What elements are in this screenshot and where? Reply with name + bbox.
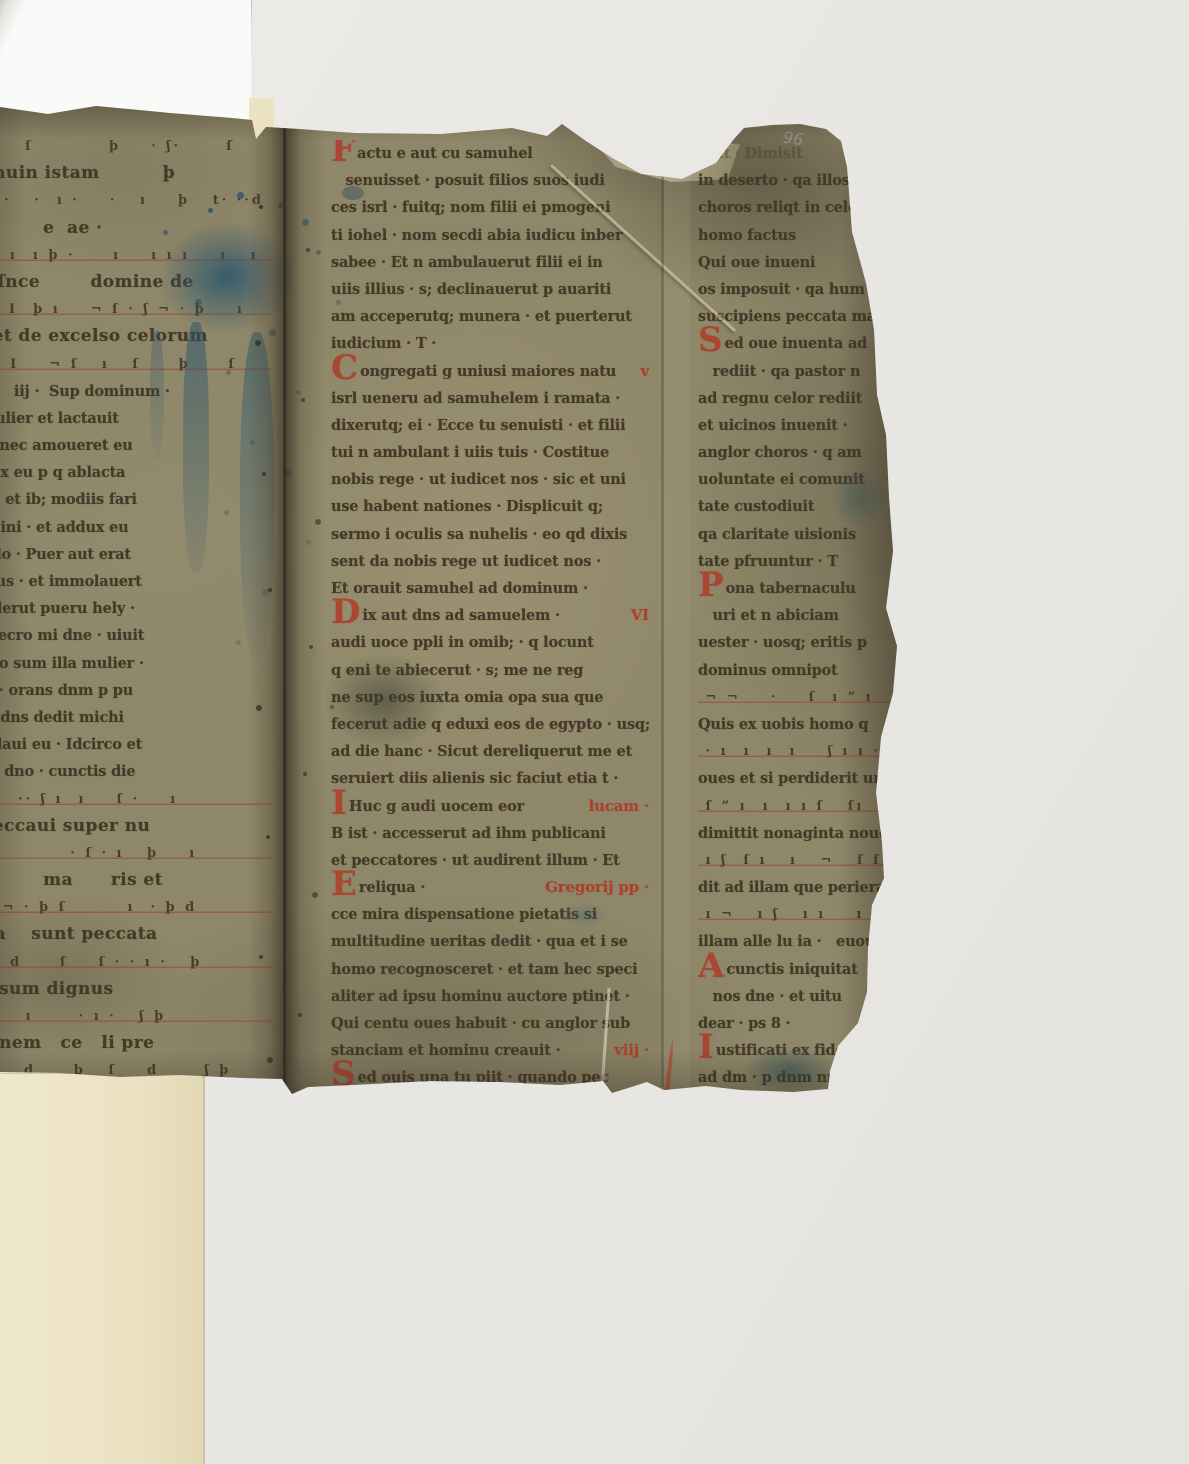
- line-text: Peccaui super nu: [0, 816, 150, 836]
- line-text: ongregati g uniusi maiores natu: [360, 363, 616, 380]
- manuscript-text-line: tulaui eu · Idcirco et: [0, 731, 272, 758]
- line-text: ib; et ib; modiis fari: [0, 491, 137, 508]
- line-text: ed ouis una tu piit · quando pec: [358, 1069, 609, 1086]
- manuscript-text-line: dux eu p q ablacta: [0, 459, 272, 486]
- line-text: multitudine ueritas dedit · qua et i se: [331, 933, 628, 950]
- line-text: dux eu p q ablacta: [0, 464, 125, 481]
- line-text: uester · uosq; eritis p: [698, 634, 867, 651]
- line-text: oues et si perdiderit unam: [698, 770, 908, 787]
- manuscript-text-line: ulus · et immolauert: [0, 568, 272, 595]
- line-text: ¬ I þ ı ¬ ſ · ʃ ¬ · þ ı: [0, 302, 245, 317]
- manuscript-text-line: viij ·stanciam et hominu creauit ·: [331, 1037, 667, 1064]
- manuscript-text-line: Quis ex uobis homo q: [698, 711, 910, 738]
- line-text: dinem ce li pre: [0, 1033, 154, 1053]
- red-rubric-text: VI: [631, 602, 649, 629]
- line-text: ad regnu celor rediit: [698, 390, 862, 407]
- line-text: ic · orans dnm p pu: [0, 682, 133, 699]
- manuscript-text-line: am acceperutq; munera · et puerterut: [331, 303, 667, 330]
- neume-notation-row: I · · ı · · ı þ t· ··d: [0, 187, 272, 214]
- line-text: homo factus: [698, 227, 796, 244]
- line-text: eſnce domine de: [0, 272, 194, 292]
- line-text: · I ¬ ſ ı ſ þ ſ: [0, 357, 237, 372]
- line-text: ti iohel · nom secdi abia iudicu inber: [331, 227, 622, 244]
- neume-notation-row: ı ·· ʃ ı ı ſ · ı: [0, 786, 272, 813]
- red-initial-letter: E: [331, 867, 356, 894]
- line-text: ſ ” ı ı ı ı ſ ſı: [698, 799, 864, 814]
- line-text: seruiert diis alienis sic faciut etia t …: [331, 770, 618, 787]
- red-initial-letter: S: [331, 1057, 355, 1084]
- manuscript-text-line: ti iohel · nom secdi abia iudicu inber: [331, 222, 667, 249]
- manuscript-text-line: anglor choros · q am: [698, 439, 910, 466]
- line-text: e ae ·: [0, 218, 102, 238]
- line-text: psecro mi dne · uiuit: [0, 627, 144, 644]
- red-initial-letter: I: [331, 786, 346, 813]
- manuscript-text-line: vCongregati g uniusi maiores natu: [331, 358, 667, 385]
- neume-notation-row: ʃ ı ı þ · ı ı ı ı ı ı: [0, 242, 272, 269]
- manuscript-text-line: sylo · Puer aut erat: [0, 541, 272, 568]
- manuscript-text-line: ta sunt peccata: [0, 921, 272, 948]
- manuscript-text-line: fecerut adie q eduxi eos de egypto · usq…: [331, 711, 667, 738]
- manuscript-text-line: dixerutq; ei · Ecce tu senuisti · et fil…: [331, 412, 667, 439]
- line-text: B ist · accesserut ad ihm publicani: [331, 825, 606, 842]
- line-text: use habent nationes · Displicuit q;: [331, 498, 603, 515]
- red-initial-letter: S: [698, 323, 722, 350]
- manuscript-text-line: Acunctis iniquitat: [698, 956, 910, 983]
- under-leaf-highlight: [664, 132, 690, 1087]
- manuscript-text-line: Iustificati ex fide pac: [698, 1037, 910, 1064]
- line-text: Et orauit samuhel ad dominum ·: [331, 580, 588, 597]
- manuscript-text-line: audi uoce ppli in omib; · q locunt: [331, 629, 667, 656]
- manuscript-text-line: tulerut pueru hely ·: [0, 595, 272, 622]
- line-text: cunctis iniquitat: [726, 961, 857, 978]
- line-text: aliter ad ipsu hominu auctore ptinet ·: [331, 988, 630, 1005]
- line-text: uri et n abiciam: [698, 607, 839, 624]
- manuscript-text-line: ne sup eos iuxta omia opa sua que: [331, 684, 667, 711]
- manuscript-text-line: homo factus: [698, 222, 910, 249]
- line-text: ces isrl · fuitq; nom filii ei pmogeni: [331, 199, 610, 216]
- manuscript-text-line: ic · orans dnm p pu: [0, 677, 272, 704]
- red-initial-letter: D: [331, 595, 359, 622]
- line-text: senuisset · posuit filios suos iudi: [331, 172, 605, 189]
- manuscript-text-line: donec amoueret eu: [0, 432, 272, 459]
- red-initial-letter: F: [331, 140, 354, 160]
- red-rubric-text: lucam ·: [589, 793, 649, 820]
- red-rubric-text: viij ·: [614, 1037, 649, 1064]
- neume-notation-row: ı ʃ ſ ı ı ¬ ſ ſ: [698, 847, 910, 874]
- line-text: sermo i oculis sa nuhelis · eo qd dixis: [331, 526, 627, 543]
- line-text: eu dno · cunctis die: [0, 763, 135, 780]
- manuscript-text-line: et peccatores · ut audirent illum · Et: [331, 847, 667, 874]
- manuscript-text-line: use habent nationes · Displicuit q;: [331, 493, 667, 520]
- line-text: · ¬ · þ ſ ı · þ d: [0, 900, 197, 915]
- line-text: stanciam et hominu creauit ·: [331, 1042, 560, 1059]
- line-text: homo recognosceret · et tam hec speci: [331, 961, 637, 978]
- manuscript-text-line: eu dno · cunctis die: [0, 758, 272, 785]
- line-text: anglor choros · q am: [698, 444, 862, 461]
- line-text: ta sunt peccata: [0, 924, 157, 944]
- manuscript-text-line: homo recognosceret · et tam hec speci: [331, 956, 667, 983]
- line-text: i uini · et addux eu: [0, 519, 128, 536]
- line-text: ad die hanc · Sicut dereliquerut me et: [331, 743, 632, 760]
- line-text: cce mira dispensatione pietatis si: [331, 906, 597, 923]
- manuscript-text-line: uoluntate ei comunit: [698, 466, 910, 493]
- manuscript-text-line: ces isrl · fuitq; nom filii ei pmogeni: [331, 194, 667, 221]
- manuscript-text-line: et de excelso celorum: [0, 323, 272, 350]
- manuscript-text-line: q eni te abiecerut · s; me ne reg: [331, 657, 667, 684]
- line-text: · ı ı ı ı ʃ ı ı · ı ſ: [698, 744, 910, 759]
- line-text: Huc g audi uocem eor: [349, 798, 524, 815]
- line-text: ustificati ex fide pac: [716, 1042, 877, 1059]
- manuscript-text-line: Qui oue inueni: [698, 249, 910, 276]
- line-text: I · · ı · · ı þ t· ··d: [0, 193, 264, 208]
- line-text: reliqua ·: [359, 879, 425, 896]
- manuscript-text-line: ad regnu celor rediit: [698, 385, 910, 412]
- manuscript-text-line: uester · uosq; eritis p: [698, 629, 910, 656]
- manuscript-text-line: dimittit nonaginta nouem: [698, 820, 910, 847]
- line-text: Qui centu oues habuit · cu anglor sub: [331, 1015, 630, 1032]
- line-text: am acceperutq; munera · et puerterut: [331, 308, 632, 325]
- manuscript-text-line: lucam ·IHuc g audi uocem eor: [331, 793, 667, 820]
- right-text-column: quit · Dimisitin deserto · qa illos sumc…: [698, 140, 910, 1105]
- line-text: tui n ambulant i uiis tuis · Costitue: [331, 444, 609, 461]
- manuscript-photo-canvas: { "folio": { "number": "96" }, "colors":…: [0, 0, 1189, 1464]
- manuscript-text-line: ma ris et: [0, 867, 272, 894]
- manuscript-text-line: ad dm · p dnm nrm: [698, 1064, 910, 1091]
- backing-white-sheet: [0, 0, 252, 120]
- manuscript-text-line: uiis illius · s; declinauerut p auariti: [331, 276, 667, 303]
- manuscript-text-line: choros reliqt in celo: [698, 194, 910, 221]
- manuscript-text-line: Gregorij pp ·Ereliqua ·: [331, 874, 667, 901]
- line-text: quit · Dimisit: [698, 145, 803, 162]
- manuscript-text-line: multitudine ueritas dedit · qua et i se: [331, 928, 667, 955]
- line-text: ego sum illa mulier ·: [0, 655, 144, 672]
- line-text: dit ad illam que perierat: [698, 879, 892, 896]
- manuscript-text-line: rediit · qa pastor n: [698, 358, 910, 385]
- manuscript-text-line: in deserto · qa illos sum: [698, 167, 910, 194]
- line-text: ix aut dns ad samuelem ·: [362, 607, 559, 624]
- line-text: ne sup eos iuxta omia opa sua que: [331, 689, 603, 706]
- line-text: sent da nobis rege ut iudicet nos ·: [331, 553, 601, 570]
- manuscript-text-line: psecro mi dne · uiuit: [0, 622, 272, 649]
- manuscript-text-line: oues et si perdiderit unam: [698, 765, 910, 792]
- cream-backing-sheet: [0, 1073, 205, 1464]
- line-text: sabee · Et n ambulauerut filii ei in: [331, 254, 603, 271]
- center-fold-crease: [283, 110, 286, 1095]
- manuscript-text-line: tate custodiuit: [698, 493, 910, 520]
- manuscript-text-line: n sum dignus: [0, 976, 272, 1003]
- line-text: audi uoce ppli in omib; · q locunt: [331, 634, 594, 651]
- red-rubric-text: v: [640, 358, 649, 385]
- manuscript-text-line: illam alle lu ia · euouae: [698, 928, 910, 955]
- folio-number-pencil: 96: [782, 128, 805, 150]
- manuscript-text-line: ib; et ib; modiis fari: [0, 486, 272, 513]
- neume-notation-row: · ¬ · þ ſ ı · þ d: [0, 894, 272, 921]
- line-text: et uicinos inuenit ·: [698, 417, 847, 434]
- line-text: uoluntate ei comunit: [698, 471, 865, 488]
- line-text: tulerut pueru hely ·: [0, 600, 135, 617]
- neume-notation-row: ¬ ¬ · ſ ı ” ı ¬: [698, 684, 910, 711]
- line-text: rediit · qa pastor n: [698, 363, 860, 380]
- line-text: ı ı · ı · ʃ þ: [0, 1009, 166, 1024]
- line-text: Quis ex uobis homo q: [698, 716, 868, 733]
- manuscript-text-line: Sed ouis una tu piit · quando pec: [331, 1064, 667, 1091]
- manuscript-text-line: i uini · et addux eu: [0, 514, 272, 541]
- line-text: uiis illius · s; declinauerut p auariti: [331, 281, 611, 298]
- manuscript-text-line: inuin istam þ: [0, 160, 272, 187]
- main-text-column: IIIIFactu e aut cu samuhel senuisset · p…: [331, 140, 667, 1100]
- neume-notation-row: ſ ” ı ı ı ı ſ ſı: [698, 793, 910, 820]
- manuscript-text-line: suscipiens peccata ma: [698, 303, 910, 330]
- manuscript-text-line: VIDix aut dns ad samuelem ·: [331, 602, 667, 629]
- red-initial-letter: I: [698, 1030, 713, 1057]
- manuscript-text-line: dominus omnipot: [698, 657, 910, 684]
- line-text: suscipiens peccata ma: [698, 308, 876, 325]
- manuscript-text-line: mulier et lactauit: [0, 405, 272, 432]
- line-text: et peccatores · ut audirent illum · Et: [331, 852, 620, 869]
- manuscript-text-line: sabee · Et n ambulauerut filii ei in: [331, 249, 667, 276]
- line-text: tulaui eu · Idcirco et: [0, 736, 142, 753]
- line-text: · · ſ · ı þ ı: [0, 846, 197, 861]
- manuscript-text-line: uri et n abiciam: [698, 602, 910, 629]
- line-text: sylo · Puer aut erat: [0, 546, 131, 563]
- manuscript-text-line: senuisset · posuit filios suos iudi: [331, 167, 667, 194]
- manuscript-text-line: iudicium · T ·: [331, 330, 667, 357]
- line-text: dominus omnipot: [698, 662, 838, 679]
- line-text: illam alle lu ia · euouae: [698, 933, 893, 950]
- manuscript-text-line: fide: [698, 1092, 910, 1105]
- manuscript-text-line: sent da nobis rege ut iudicet nos ·: [331, 548, 667, 575]
- line-text: Qui oue inueni: [698, 254, 815, 271]
- line-text: ed oue inuenta ad: [725, 335, 868, 352]
- neume-notation-row: ſ þ · ʃ· ſ: [0, 133, 272, 160]
- manuscript-text-line: e ae ·: [0, 215, 272, 242]
- line-text: nos dne · et uitu: [698, 988, 842, 1005]
- manuscript-text-line: sermo i oculis sa nuhelis · eo qd dixis: [331, 521, 667, 548]
- line-text: isrl ueneru ad samuhelem i ramata ·: [331, 390, 620, 407]
- manuscript-text-line: et uicinos inuenit ·: [698, 412, 910, 439]
- manuscript-text-line: qa claritate uisionis: [698, 521, 910, 548]
- line-text: et de excelso celorum: [0, 326, 208, 346]
- manuscript-text-line: Peccaui super nu: [0, 813, 272, 840]
- line-text: inuin istam þ: [0, 163, 175, 183]
- line-text: qa claritate uisionis: [698, 526, 856, 543]
- manuscript-text-line: os imposuit · qa hum: [698, 276, 910, 303]
- manuscript-text-line: Addear · ps 8 ·: [698, 1010, 910, 1037]
- line-text: tate custodiuit: [698, 498, 814, 515]
- manuscript-text-line: tate pfruuntur · T: [698, 548, 910, 575]
- line-text: ı ·· ʃ ı ı ſ · ı: [0, 792, 178, 807]
- manuscript-text-line: Et orauit samuhel ad dominum ·: [331, 575, 667, 602]
- manuscript-text-line: iij · Sup dominum ·: [0, 378, 272, 405]
- line-text: dimittit nonaginta nouem: [698, 825, 903, 842]
- line-text: ¬ ¬ · ſ ı ” ı ¬: [698, 690, 910, 705]
- manuscript-text-line: eſnce domine de: [0, 269, 272, 296]
- line-text: q eni te abiecerut · s; me ne reg: [331, 662, 583, 679]
- line-text: mulier et lactauit: [0, 410, 119, 427]
- neume-notation-row: · ı ı ı ı ʃ ı ı · ı ſ: [698, 738, 910, 765]
- manuscript-text-line: et dns dedit michi: [0, 704, 272, 731]
- line-text: ad dm · p dnm nrm: [698, 1069, 850, 1086]
- red-rubric-text: Ad: [870, 1010, 892, 1037]
- manuscript-text-line: cauerat homo quam: [331, 1092, 667, 1100]
- manuscript-text-line: seruiert diis alienis sic faciut etia t …: [331, 765, 667, 792]
- line-text: d ſ ſ · · ı · þ: [0, 955, 202, 970]
- manuscript-text-line: dit ad illam que perierat: [698, 874, 910, 901]
- manuscript-text-line: Sed oue inuenta ad: [698, 330, 910, 357]
- manuscript-text-line: ego sum illa mulier ·: [0, 650, 272, 677]
- manuscript-text-line: cce mira dispensatione pietatis si: [331, 901, 667, 928]
- line-text: et dns dedit michi: [0, 709, 124, 726]
- line-text: donec amoueret eu: [0, 437, 133, 454]
- line-text: choros reliqt in celo: [698, 199, 857, 216]
- line-text: ı ʃ ſ ı ı ¬ ſ ſ: [698, 853, 882, 868]
- manuscript-text-line: aliter ad ipsu hominu auctore ptinet ·: [331, 983, 667, 1010]
- neume-notation-row: ¬ I þ ı ¬ ſ · ʃ ¬ · þ ı: [0, 296, 272, 323]
- manuscript-text-line: nobis rege · ut iudicet nos · sic et uni: [331, 466, 667, 493]
- line-text: n sum dignus: [0, 979, 113, 999]
- left-page-column: ſ þ · ʃ· ſ inuin istam þ I · · ı · · ı þ…: [0, 133, 272, 1093]
- line-text: ſ þ · ʃ· ſ: [0, 139, 235, 154]
- manuscript-text-line: quit · Dimisit: [698, 140, 910, 167]
- line-text: in deserto · qa illos sum: [698, 172, 888, 189]
- line-text: ı ¬ ı ʃ ı ı ı ı ¬: [698, 907, 901, 922]
- red-initial-letter: P: [698, 568, 723, 595]
- line-text: ma ris et: [0, 870, 163, 890]
- manuscript-text-line: Pona tabernaculu: [698, 575, 910, 602]
- line-text: fecerut adie q eduxi eos de egypto · usq…: [331, 716, 650, 733]
- line-text: os imposuit · qa hum: [698, 281, 865, 298]
- line-text: fide: [698, 1097, 748, 1105]
- line-text: ʃ ı ı þ · ı ı ı ı ı ı: [0, 248, 259, 263]
- manuscript-text-line: dinem ce li pre: [0, 1030, 272, 1057]
- neume-notation-row: · I ¬ ſ ı ſ þ ſ: [0, 351, 272, 378]
- line-text: ulus · et immolauert: [0, 573, 142, 590]
- neume-notation-row: d ſ ſ · · ı · þ: [0, 949, 272, 976]
- red-rubric-text: Gregorij pp ·: [545, 874, 649, 901]
- red-initial-letter: A: [698, 949, 723, 976]
- manuscript-text-line: B ist · accesserut ad ihm publicani: [331, 820, 667, 847]
- red-rubric-text: IIII: [622, 140, 649, 167]
- manuscript-text-line: IIIIFactu e aut cu samuhel: [331, 140, 667, 167]
- neume-notation-row: ı ı · ı · ʃ þ: [0, 1003, 272, 1030]
- neume-notation-row: ı ¬ ı ʃ ı ı ı ı ¬: [698, 901, 910, 928]
- red-initial-letter: C: [331, 351, 357, 378]
- neume-notation-row: · · ſ · ı þ ı: [0, 840, 272, 867]
- line-text: dixerutq; ei · Ecce tu senuisti · et fil…: [331, 417, 625, 434]
- line-text: iij · Sup dominum ·: [0, 383, 170, 400]
- line-text: actu e aut cu samuhel: [357, 145, 532, 162]
- line-text: cauerat homo quam: [331, 1097, 490, 1100]
- manuscript-text-line: isrl ueneru ad samuhelem i ramata ·: [331, 385, 667, 412]
- line-text: ona tabernaculu: [726, 580, 856, 597]
- line-text: nobis rege · ut iudicet nos · sic et uni: [331, 471, 626, 488]
- manuscript-text-line: ad die hanc · Sicut dereliquerut me et: [331, 738, 667, 765]
- manuscript-text-line: Qui centu oues habuit · cu anglor sub: [331, 1010, 667, 1037]
- manuscript-text-line: nos dne · et uitu: [698, 983, 910, 1010]
- manuscript-text-line: tui n ambulant i uiis tuis · Costitue: [331, 439, 667, 466]
